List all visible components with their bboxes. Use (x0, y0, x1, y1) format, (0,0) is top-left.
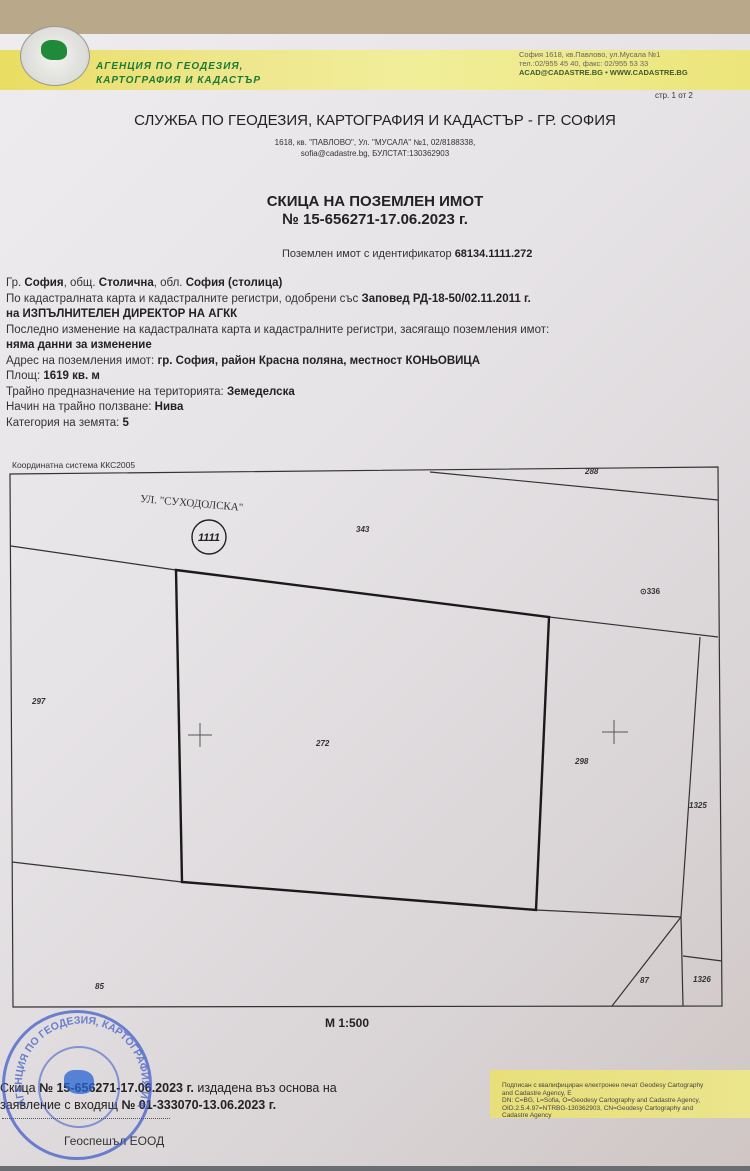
globe-bulgaria-logo-icon (20, 26, 90, 86)
municipality: Столична (99, 277, 154, 289)
category-label: Категория на земята: (6, 417, 119, 429)
identifier-value: 68134.1111.272 (455, 248, 533, 260)
contact-phone: тел.:02/955 45 40, факс: 02/955 53 33 (519, 59, 688, 68)
document-number: № 15-656271-17.06.2023 г. (0, 211, 750, 229)
esign-line5: Cadastre Agency (502, 1112, 750, 1120)
office-title: СЛУЖБА ПО ГЕОДЕЗИЯ, КАРТОГРАФИЯ И КАДАСТ… (0, 112, 750, 129)
map-approval-label: По кадастралната карта и кадастралните р… (6, 293, 358, 305)
document-title: СКИЦА НА ПОЗЕМЛЕН ИМОТ № 15-656271-17.06… (0, 193, 750, 229)
map-approval-order: Заповед РД-18-50/02.11.2011 г. (362, 293, 531, 305)
municipality-prefix: , общ. (64, 277, 96, 289)
parcel-1326: 1326 (693, 975, 711, 984)
contact-address: София 1618, кв.Павлово, ул.Мусала №1 (519, 50, 688, 59)
esign-line2: and Cadastre Agency, E (502, 1090, 750, 1098)
electronic-seal-info: Подписан с квалифициран електронен печат… (502, 1082, 750, 1120)
agency-name: АГЕНЦИЯ ПО ГЕОДЕЗИЯ, КАРТОГРАФИЯ И КАДАС… (96, 60, 261, 88)
parcel-288: 288 (584, 467, 599, 476)
map-scale: М 1:500 (325, 1016, 369, 1030)
usage-label: Начин на трайно ползване: (6, 401, 151, 413)
map-approval-authority: на ИЗПЪЛНИТЕЛЕН ДИРЕКТОР НА АГКК (6, 307, 549, 323)
parcel-336: ⊙336 (640, 587, 661, 596)
esign-line1: Подписан с квалифициран електронен печат… (502, 1082, 750, 1090)
office-address-line2: sofia@cadastre.bg, БУЛСТАТ:130362903 (0, 148, 750, 159)
office-address: 1618, кв. "ПАВЛОВО", Ул. "МУСАЛА" №1, 02… (0, 137, 750, 159)
category-row: Категория на земята: 5 (6, 416, 549, 432)
area-label: Площ: (6, 370, 40, 382)
agency-name-line1: АГЕНЦИЯ ПО ГЕОДЕЗИЯ, (96, 60, 261, 74)
document-title-text: СКИЦА НА ПОЗЕМЛЕН ИМОТ (0, 193, 750, 211)
agency-contact: София 1618, кв.Павлово, ул.Мусала №1 тел… (519, 50, 688, 77)
parcel-343: 343 (356, 525, 370, 534)
last-change-label: Последно изменение на кадастралната карт… (6, 323, 549, 339)
property-info: Гр. София, общ. Столична, обл. София (ст… (6, 276, 549, 431)
esign-line3: DN: C=BG, L=Sofia, O=Geodesy Cartography… (502, 1097, 750, 1105)
street-label: УЛ. "СУХОДОЛСКА" (140, 493, 244, 514)
svg-text:АГЕНЦИЯ ПО ГЕОДЕЗИЯ, КАРТОГРАФ: АГЕНЦИЯ ПО ГЕОДЕЗИЯ, КАРТОГРАФИЯ И КАДАС… (8, 1010, 151, 1111)
cadastral-map: 1111 УЛ. "СУХОДОЛСКА" 343 288 ⊙336 297 2… (0, 462, 750, 1022)
area-row: Площ: 1619 кв. м (6, 369, 549, 385)
quarter-number: 1111 (198, 532, 220, 544)
parcel-1325: 1325 (689, 801, 707, 810)
purpose-row: Трайно предназначение на територията: Зе… (6, 385, 549, 401)
bottom-edge (0, 1166, 750, 1171)
identifier-label: Поземлен имот с идентификатор (282, 248, 452, 260)
usage-row: Начин на трайно ползване: Нива (6, 400, 549, 416)
parcel-298: 298 (574, 757, 589, 766)
esign-line4: OID.2.5.4.97=NTRBG-130362903, CN=Geodesy… (502, 1105, 750, 1113)
usage-value: Нива (155, 401, 184, 413)
purpose-value: Земеделска (227, 386, 295, 398)
region: София (столица) (186, 277, 283, 289)
city: София (24, 277, 63, 289)
authority-text: на ИЗПЪЛНИТЕЛЕН ДИРЕКТОР НА АГКК (6, 308, 237, 320)
last-change-value: няма данни за изменение (6, 339, 152, 351)
last-change-row: няма данни за изменение (6, 338, 549, 354)
agency-name-line2: КАРТОГРАФИЯ И КАДАСТЪР (96, 74, 261, 88)
category-value: 5 (123, 417, 129, 429)
parcel-87: 87 (640, 976, 649, 985)
property-identifier: Поземлен имот с идентификатор 68134.1111… (282, 248, 532, 260)
parcel-85: 85 (95, 982, 104, 991)
area-value: 1619 кв. м (43, 370, 100, 382)
parcel-272: 272 (315, 739, 330, 748)
region-prefix: , обл. (154, 277, 183, 289)
page-number: стр. 1 от 2 (655, 91, 693, 100)
address-value: гр. София, район Красна поляна, местност… (157, 355, 480, 367)
contact-web: ACAD@CADASTRE.BG • WWW.CADASTRE.BG (519, 68, 688, 77)
city-prefix: Гр. (6, 277, 21, 289)
parcel-297: 297 (31, 697, 46, 706)
address-row: Адрес на поземления имот: гр. София, рай… (6, 354, 549, 370)
location-row: Гр. София, общ. Столична, обл. София (ст… (6, 276, 549, 292)
address-label: Адрес на поземления имот: (6, 355, 154, 367)
issued-suffix: издадена въз основа на (197, 1081, 336, 1095)
office-address-line1: 1618, кв. "ПАВЛОВО", Ул. "МУСАЛА" №1, 02… (0, 137, 750, 148)
map-approval-row: По кадастралната карта и кадастралните р… (6, 292, 549, 308)
purpose-label: Трайно предназначение на територията: (6, 386, 224, 398)
stamp-text: АГЕНЦИЯ ПО ГЕОДЕЗИЯ, КАРТОГРАФИЯ И КАДАС… (8, 1010, 158, 1160)
